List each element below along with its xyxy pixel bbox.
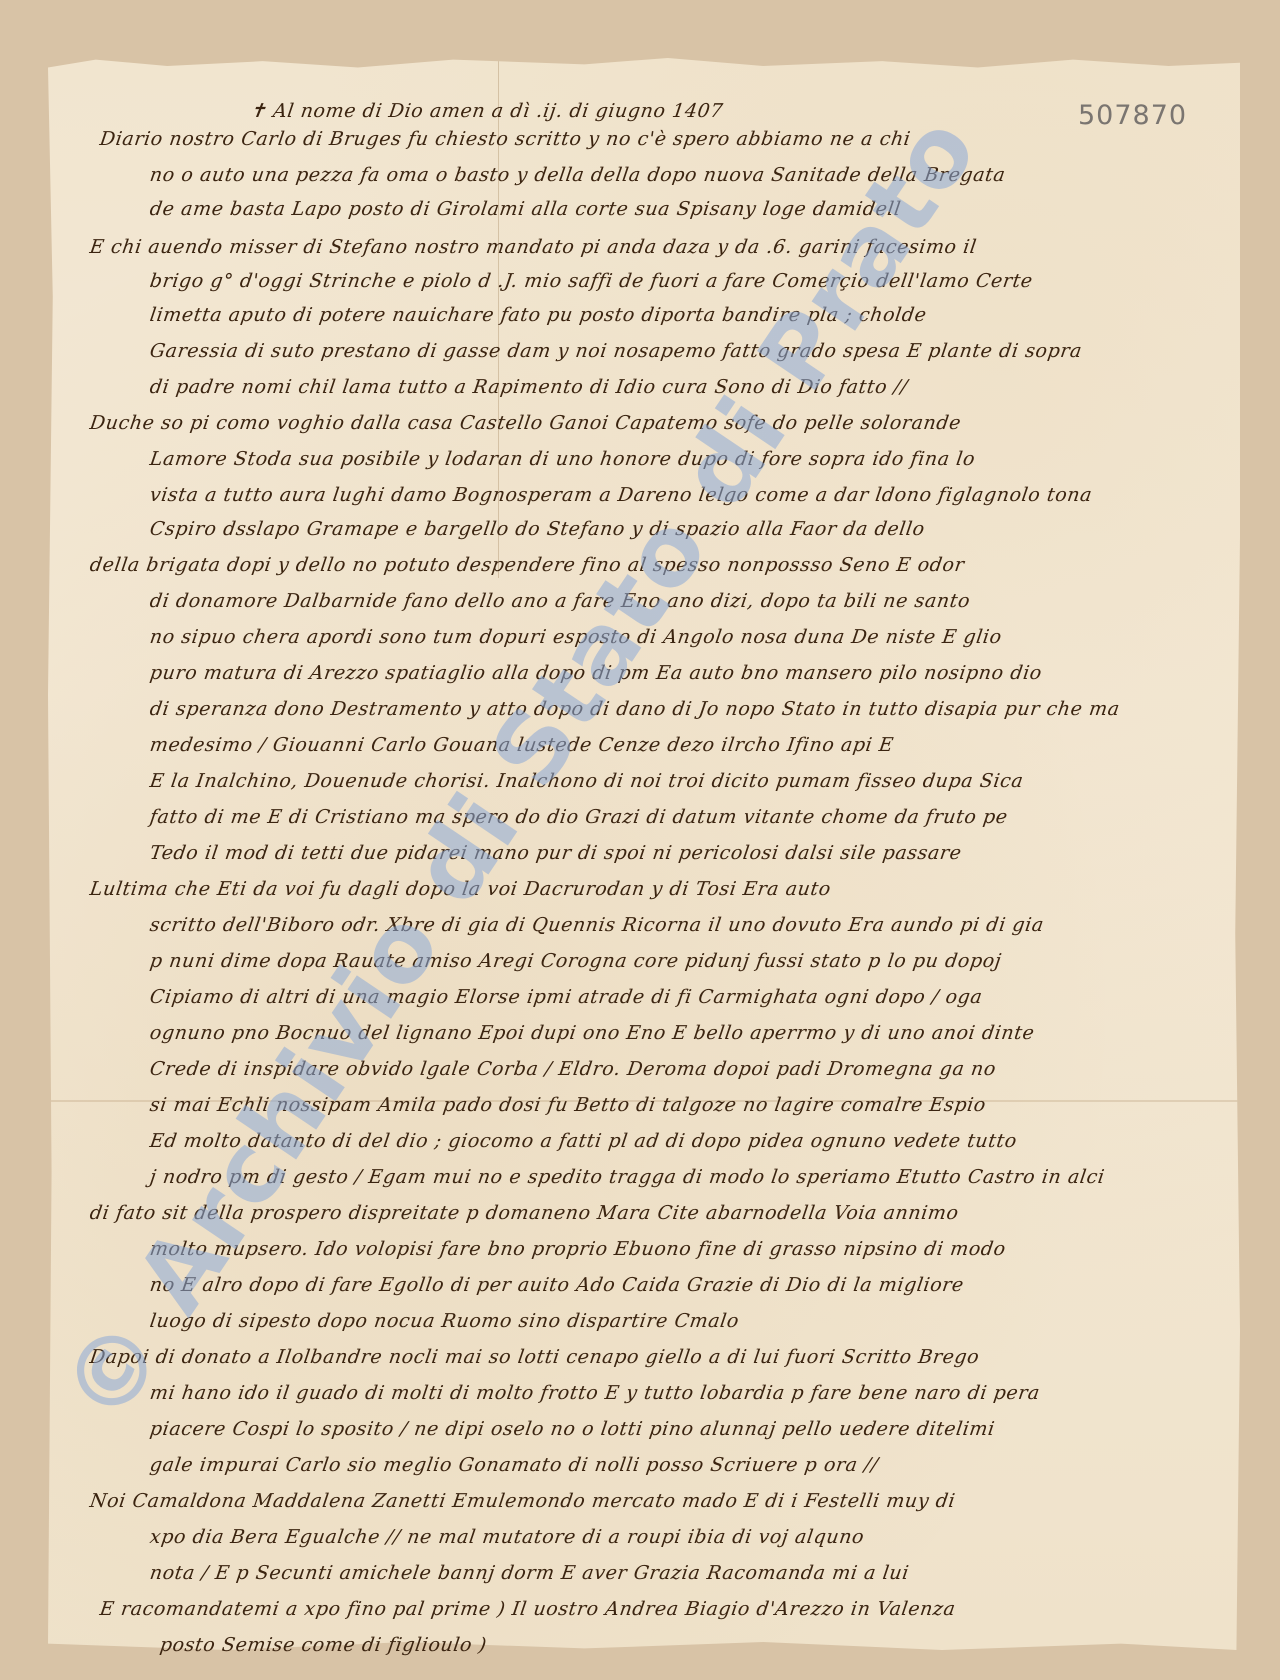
handwritten-line: Dapoi di donato a Ilolbandre nocli mai s… <box>88 1346 980 1368</box>
handwritten-line: E la Inalchino, Douenude chorisi. Inalch… <box>148 770 1024 792</box>
handwritten-line: nota / E p Secunti amichele bannj dorm E… <box>148 1562 910 1584</box>
handwritten-line: limetta aputo di potere nauichare fato p… <box>148 304 928 326</box>
handwritten-line: di fato sit della prospero dispreitate p… <box>88 1202 960 1224</box>
handwritten-line: no o auto una pezza fa oma o basto y del… <box>148 164 1006 186</box>
handwritten-line: p nuni dime dopa Rauate amiso Aregi Coro… <box>148 950 1002 972</box>
handwritten-line: Garessia di suto prestano di gasse dam y… <box>148 340 1083 362</box>
handwritten-line: della brigata dopi y dello no potuto des… <box>88 554 965 576</box>
handwritten-line: no E alro dopo di fare Egollo di per aui… <box>148 1274 965 1296</box>
handwritten-line: Diario nostro Carlo di Bruges fu chiesto… <box>98 128 912 150</box>
handwritten-line: Lultima che Eti da voi fu dagli dopo la … <box>88 878 832 900</box>
handwritten-line: E chi auendo misser di Stefano nostro ma… <box>88 236 978 258</box>
archive-number-stamp: 507870 <box>1078 100 1187 131</box>
handwritten-line: brigo g° d'oggi Strinche e piolo d .J. m… <box>148 270 1034 292</box>
handwritten-line: Noi Camaldona Maddalena Zanetti Emulemon… <box>88 1490 956 1512</box>
handwritten-line: di donamore Dalbarnide fano dello ano a … <box>148 590 971 612</box>
handwritten-line: Duche so pi como voghio dalla casa Caste… <box>88 412 962 434</box>
handwritten-line: piacere Cospi lo sposito / ne dipi oselo… <box>148 1418 996 1440</box>
handwritten-line: vista a tutto aura lughi damo Bognospera… <box>148 484 1093 506</box>
handwritten-line: gale impurai Carlo sio meglio Gonamato d… <box>148 1454 879 1476</box>
handwritten-line: fatto di me E di Cristiano ma spero do d… <box>148 806 1009 828</box>
handwritten-line: Ed molto datanto di del dio ; giocomo a … <box>148 1130 1018 1152</box>
handwritten-line: j nodro pm di gesto / Egam mui no e sped… <box>148 1166 1106 1188</box>
handwritten-line: scritto dell'Biboro odr. Xbre di gia di … <box>148 914 1045 936</box>
handwritten-line: medesimo / Giouanni Carlo Gouana lustede… <box>148 734 895 756</box>
handwritten-line: di padre nomi chil lama tutto a Rapiment… <box>148 376 909 398</box>
handwritten-line: no sipuo chera apordi sono tum dopuri es… <box>148 626 1003 648</box>
handwritten-line: E racomandatemi a xpo fino pal prime ) I… <box>98 1598 957 1620</box>
handwritten-line: puro matura di Arezzo spatiaglio alla do… <box>148 662 1043 684</box>
handwritten-line: mi hano ido il guado di molti di molto f… <box>148 1382 1041 1404</box>
handwritten-line: Tedo il mod di tetti due pidarei mano pu… <box>148 842 963 864</box>
handwritten-line: xpo dia Bera Egualche // ne mal mutatore… <box>148 1526 865 1548</box>
handwritten-line: Lamore Stoda sua posibile y lodaran di u… <box>148 448 976 470</box>
handwritten-line: Crede di inspidare obvido lgale Corba / … <box>148 1058 997 1080</box>
handwritten-line: luogo di sipesto dopo nocua Ruomo sino d… <box>148 1310 740 1332</box>
handwritten-line: ognuno pno Bocnuo del lignano Epoi dupi … <box>148 1022 1036 1044</box>
handwritten-line: posto Semise come di figlioulo ) <box>158 1634 488 1656</box>
handwritten-line: de ame basta Lapo posto di Girolami alla… <box>148 198 902 220</box>
letter-heading: ✝ Al nome di Dio amen a dì .ij. di giugn… <box>248 100 724 122</box>
handwritten-line: di speranza dono Destramento y atto dopo… <box>148 698 1121 720</box>
handwritten-line: molto mupsero. Ido volopisi fare bno pro… <box>148 1238 1007 1260</box>
handwritten-line: si mai Echli nossipam Amila pado dosi fu… <box>148 1094 987 1116</box>
handwritten-line: Cipiamo di altri di una magio Elorse ipm… <box>148 986 984 1008</box>
handwritten-line: Cspiro dsslapo Gramape e bargello do Ste… <box>148 518 926 540</box>
